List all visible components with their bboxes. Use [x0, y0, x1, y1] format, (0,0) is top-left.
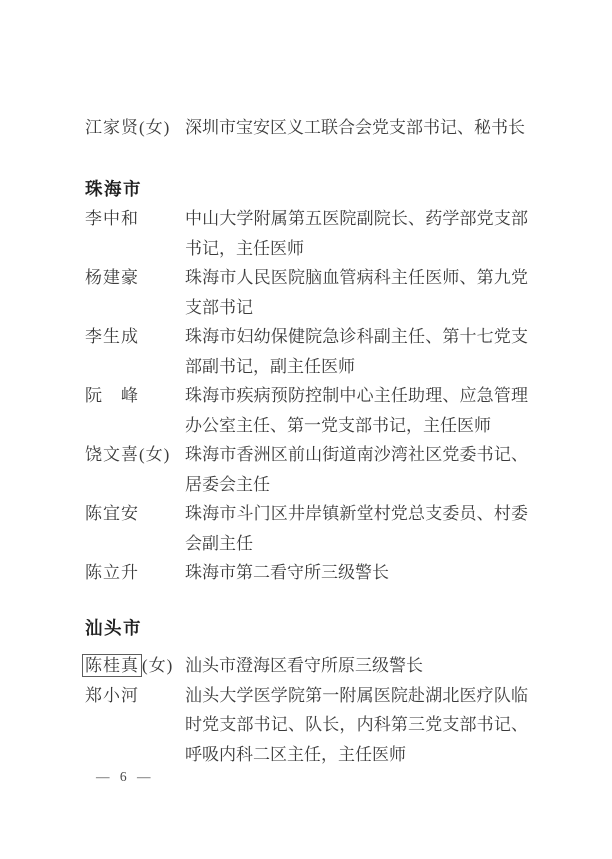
- person-entry-row: 陈立升 珠海市第二看守所三级警长: [85, 558, 528, 588]
- person-name-cell: 李生成: [85, 322, 185, 352]
- person-name: 阮 峰: [85, 386, 139, 405]
- document-page: 江家贤(女) 深圳市宝安区义工联合会党支部书记、秘书长 珠海市 李中和 中山大学…: [0, 0, 612, 859]
- person-description: 珠海市第二看守所三级警长: [185, 558, 528, 588]
- person-entry-row: 陈桂真(女) 汕头市澄海区看守所原三级警长: [85, 651, 528, 681]
- city-section-header: 珠海市: [85, 175, 528, 205]
- person-name: 饶文喜: [85, 445, 139, 464]
- person-name: 陈桂真: [82, 654, 142, 677]
- person-description: 汕头大学医学院第一附属医院赴湖北医疗队临时党支部书记、队长，内科第三党支部书记、…: [185, 681, 528, 770]
- person-entry-row: 阮 峰 珠海市疾病预防控制中心主任助理、应急管理办公室主任、第一党支部书记，主任…: [85, 381, 528, 440]
- person-description: 珠海市妇幼保健院急诊科副主任、第十七党支部副书记，副主任医师: [185, 322, 528, 381]
- person-entry-row: 江家贤(女) 深圳市宝安区义工联合会党支部书记、秘书长: [85, 113, 528, 143]
- page-number: — 6 —: [96, 769, 151, 785]
- person-name: 李中和: [85, 209, 139, 228]
- person-name: 李生成: [85, 327, 139, 346]
- person-description: 珠海市斗门区井岸镇新堂村党总支委员、村委会副主任: [185, 499, 528, 558]
- person-description: 珠海市人民医院脑血管病科主任医师、第九党支部书记: [185, 263, 528, 322]
- person-name: 杨建豪: [85, 268, 139, 287]
- person-name-cell: 陈宜安: [85, 499, 185, 529]
- person-entry-row: 杨建豪 珠海市人民医院脑血管病科主任医师、第九党支部书记: [85, 263, 528, 322]
- person-name-cell: 陈立升: [85, 558, 185, 588]
- person-name-cell: 李中和: [85, 204, 185, 234]
- person-name-cell: 阮 峰: [85, 381, 185, 411]
- person-entry-row: 李生成 珠海市妇幼保健院急诊科副主任、第十七党支部副书记，副主任医师: [85, 322, 528, 381]
- person-name-cell: 郑小河: [85, 681, 185, 711]
- person-name-cell: 陈桂真(女): [85, 651, 185, 681]
- city-section-header: 汕头市: [85, 614, 528, 644]
- person-entry-row: 李中和 中山大学附属第五医院副院长、药学部党支部书记，主任医师: [85, 204, 528, 263]
- gender-suffix: (女): [142, 656, 173, 675]
- person-name-cell: 杨建豪: [85, 263, 185, 293]
- person-entry-row: 郑小河 汕头大学医学院第一附属医院赴湖北医疗队临时党支部书记、队长，内科第三党支…: [85, 681, 528, 770]
- person-description: 珠海市香洲区前山街道南沙湾社区党委书记、居委会主任: [185, 440, 528, 499]
- person-description: 深圳市宝安区义工联合会党支部书记、秘书长: [185, 113, 528, 143]
- gender-suffix: (女): [139, 445, 170, 464]
- person-name-cell: 江家贤(女): [85, 113, 185, 143]
- person-name: 陈立升: [85, 563, 139, 582]
- person-description: 中山大学附属第五医院副院长、药学部党支部书记，主任医师: [185, 204, 528, 263]
- person-name: 陈宜安: [85, 504, 139, 523]
- person-entry-row: 饶文喜(女) 珠海市香洲区前山街道南沙湾社区党委书记、居委会主任: [85, 440, 528, 499]
- person-entry-row: 陈宜安 珠海市斗门区井岸镇新堂村党总支委员、村委会副主任: [85, 499, 528, 558]
- content-list: 江家贤(女) 深圳市宝安区义工联合会党支部书记、秘书长 珠海市 李中和 中山大学…: [85, 113, 528, 769]
- person-name-cell: 饶文喜(女): [85, 440, 185, 470]
- person-description: 珠海市疾病预防控制中心主任助理、应急管理办公室主任、第一党支部书记，主任医师: [185, 381, 528, 440]
- person-name: 江家贤: [85, 118, 139, 137]
- person-description: 汕头市澄海区看守所原三级警长: [185, 651, 528, 681]
- gender-suffix: (女): [139, 118, 170, 137]
- person-name: 郑小河: [85, 686, 139, 705]
